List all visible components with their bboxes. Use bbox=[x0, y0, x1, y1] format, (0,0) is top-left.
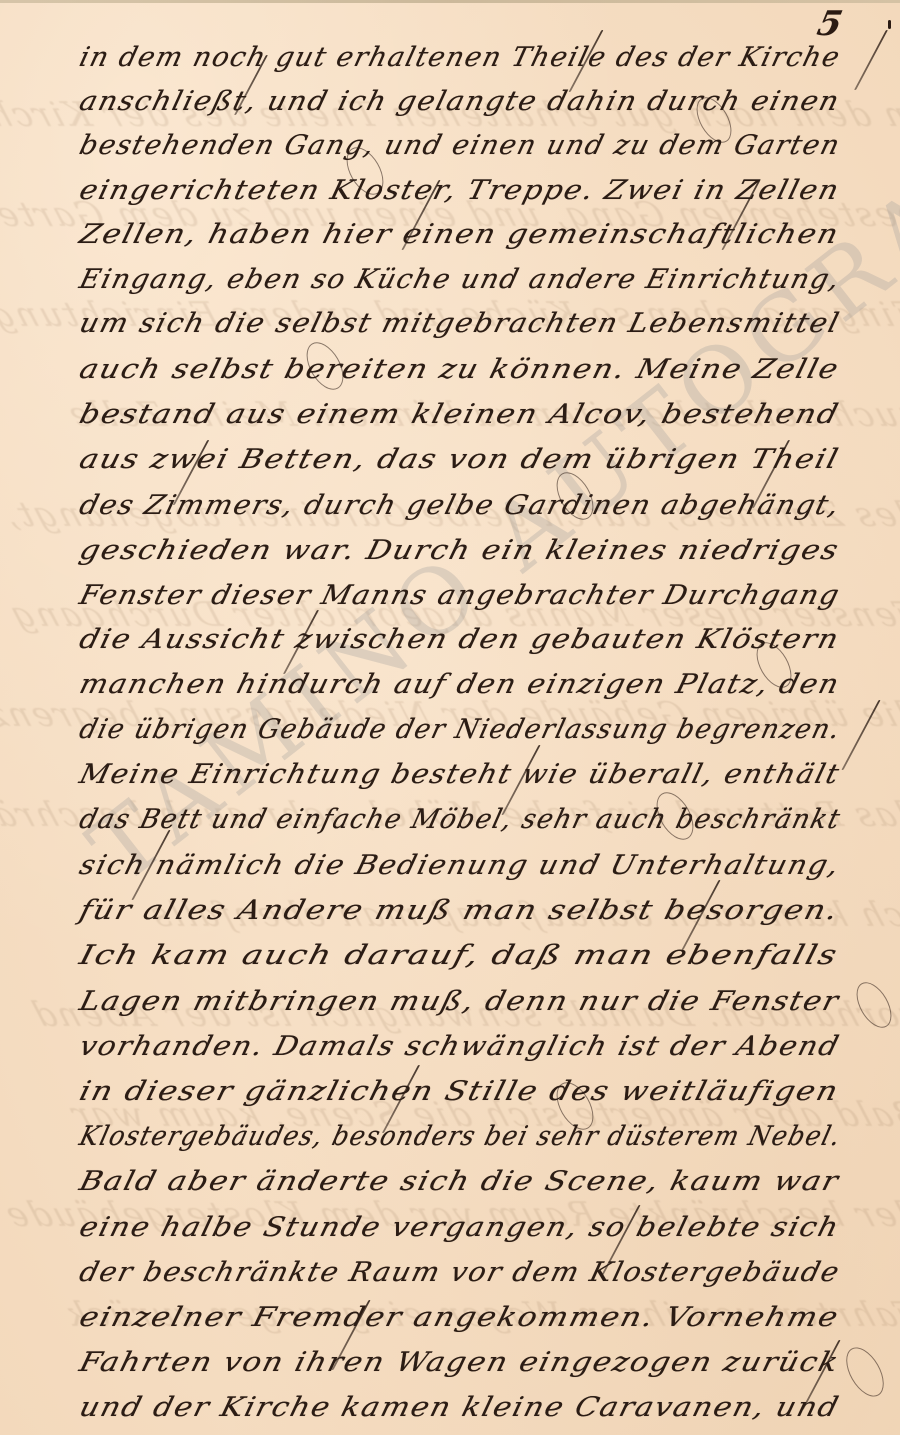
text-line: Eingang, eben so Küche und andere Einric… bbox=[75, 260, 865, 300]
handwritten-text: in dem noch gut erhaltenen Theile des de… bbox=[0, 0, 900, 1435]
text-line: sich nämlich die Bedienung und Unterhalt… bbox=[75, 846, 865, 886]
text-line: Zellen, haben hier einen gemeinschaftlic… bbox=[75, 215, 865, 255]
text-line: aus zwei Betten, das von dem übrigen The… bbox=[75, 440, 865, 480]
text-line: anschließt, und ich gelangte dahin durch… bbox=[75, 82, 865, 122]
text-line: das Bett und einfache Möbel, sehr auch b… bbox=[75, 800, 865, 840]
text-line: eine halbe Stunde vergangen, so belebte … bbox=[75, 1208, 865, 1248]
text-line: bestand aus einem kleinen Alcov, bestehe… bbox=[75, 395, 865, 435]
text-line: und der Kirche kamen kleine Caravanen, u… bbox=[75, 1388, 865, 1428]
text-line: um sich die selbst mitgebrachten Lebensm… bbox=[75, 304, 865, 344]
text-line: des Zimmers, durch gelbe Gardinen abgehä… bbox=[75, 486, 865, 526]
text-line: geschieden war. Durch ein kleines niedri… bbox=[75, 531, 865, 571]
text-line: Bald aber änderte sich die Scene, kaum w… bbox=[75, 1162, 865, 1202]
text-line: in dieser gänzlichen Stille des weitläuf… bbox=[75, 1072, 865, 1112]
text-line: Meine Einrichtung besteht wie überall, e… bbox=[75, 755, 865, 795]
text-line: Lagen mitbringen muß, denn nur die Fenst… bbox=[75, 982, 865, 1022]
paper-sheet: in dem noch gut erhaltenen Theile des de… bbox=[0, 0, 900, 1435]
text-line: vorhanden. Damals schwänglich ist der Ab… bbox=[75, 1027, 865, 1067]
text-line: auch selbst bereiten zu können. Meine Ze… bbox=[75, 350, 865, 390]
text-line: Fenster dieser Manns angebrachter Durchg… bbox=[75, 576, 865, 616]
text-line: Ich kam auch darauf, daß man ebenfalls bbox=[75, 936, 865, 976]
text-line: in dem noch gut erhaltenen Theile des de… bbox=[75, 38, 865, 78]
text-line: der beschränkte Raum vor dem Klostergebä… bbox=[75, 1253, 865, 1293]
text-line: für alles Andere muß man selbst besorgen… bbox=[75, 891, 865, 931]
text-line: Klostergebäudes, besonders bei sehr düst… bbox=[75, 1117, 865, 1157]
text-line: bestehenden Gang, und einen und zu dem G… bbox=[75, 126, 865, 166]
text-line: Fahrten von ihren Wagen eingezogen zurüc… bbox=[75, 1343, 865, 1383]
text-line: die übrigen Gebäude der Niederlassung be… bbox=[75, 710, 865, 750]
text-line: die Aussicht zwischen den gebauten Klöst… bbox=[75, 620, 865, 660]
text-line: einzelner Fremder angekommen. Vornehme bbox=[75, 1298, 865, 1338]
text-line: manchen hindurch auf den einzigen Platz,… bbox=[75, 665, 865, 705]
